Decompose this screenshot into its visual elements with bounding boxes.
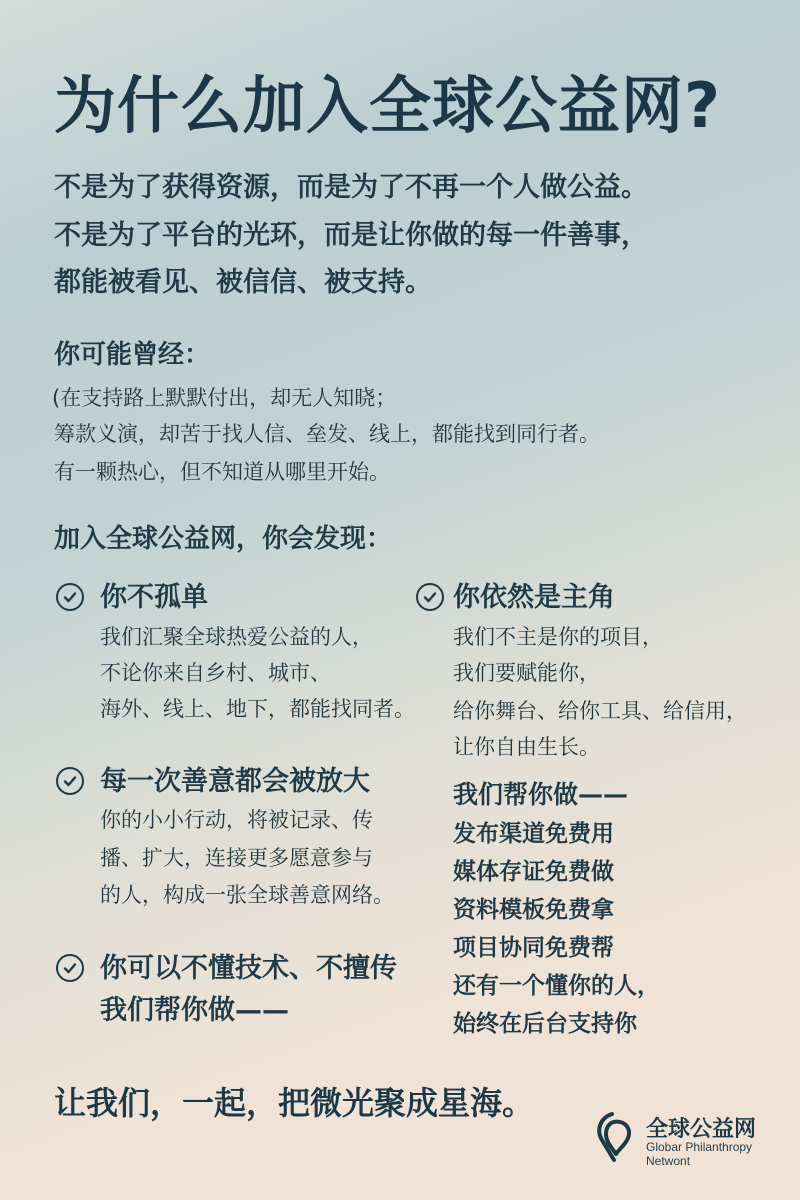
page-title: 为什么加入全球公益网? (54, 56, 721, 145)
feature-line: 不论你来自乡村、城市、 (100, 657, 331, 687)
check-circle-icon (56, 954, 84, 982)
logo-name-en-line2: Netwont (646, 1154, 752, 1168)
logo-name-en: Globar Philanthropy Netwont (646, 1140, 752, 1168)
help-line: 资料模板免费拿 (453, 891, 614, 924)
feature-line-help: 我们帮你做—— (100, 988, 289, 1027)
feature-line: 播、扩大，连接更多愿意参与 (100, 842, 373, 872)
discover-heading: 加入全球公益网，你会发现： (54, 518, 392, 555)
feature-title-not-alone: 你不孤单 (100, 575, 208, 614)
feature-line: 海外、线上、地下，都能找同者。 (100, 693, 415, 723)
check-circle-icon (56, 583, 84, 611)
feature-line: 我们不主是你的项目， (453, 621, 663, 651)
intro-line-2: 不是为了平台的光环，而是让你做的每一件善事， (54, 213, 648, 252)
feature-line: 给你舞台、给你工具、给信用， (453, 695, 747, 725)
help-line: 发布渠道免费用 (453, 815, 614, 848)
feature-line: 我们要赋能你， (453, 657, 600, 687)
check-circle-icon (56, 767, 84, 795)
help-line: 还有一个懂你的人， (453, 967, 660, 1000)
feature-title-amplified: 每一次善意都会被放大 (100, 759, 370, 798)
feature-line: 的人，构成一张全球善意网络。 (100, 879, 394, 909)
brand-logo: 全球公益网 Globar Philanthropy Netwont (594, 1110, 784, 1170)
past-heading: 你可能曾经： (54, 334, 210, 371)
help-heading: 我们帮你做—— (453, 775, 628, 811)
help-line: 项目协同免费帮 (453, 929, 614, 962)
closing-slogan: 让我们，一起，把微光聚成星海。 (54, 1078, 534, 1124)
feature-title-no-tech: 你可以不懂技术、不擅传 (100, 946, 397, 985)
feature-line: 让你自由生长。 (453, 731, 600, 761)
help-line: 始终在后台支持你 (453, 1005, 637, 1038)
intro-line-1: 不是为了获得资源，而是为了不再一个人做公益。 (54, 165, 648, 204)
past-line-2: 筹款义演，却苦于找人信、垒发、线上，都能找到同行者。 (54, 418, 600, 448)
past-line-3: 有一颗热心，但不知道从哪里开始。 (54, 456, 390, 486)
help-line: 媒体存证免费做 (453, 853, 614, 886)
feature-line: 我们汇聚全球热爱公益的人， (100, 621, 373, 651)
past-line-1: (在支持路上默默付出，却无人知晓； (52, 382, 396, 412)
logo-name-en-line1: Globar Philanthropy (646, 1140, 752, 1154)
intro-line-3: 都能被看见、被信信、被支持。 (54, 260, 432, 299)
check-circle-icon (416, 583, 444, 611)
feature-line: 你的小小行动，将被记录、传 (100, 804, 373, 834)
feature-title-protagonist: 你依然是主角 (453, 575, 615, 614)
heart-pin-logo-icon (594, 1110, 636, 1166)
logo-name-cn: 全球公益网 (646, 1112, 756, 1143)
